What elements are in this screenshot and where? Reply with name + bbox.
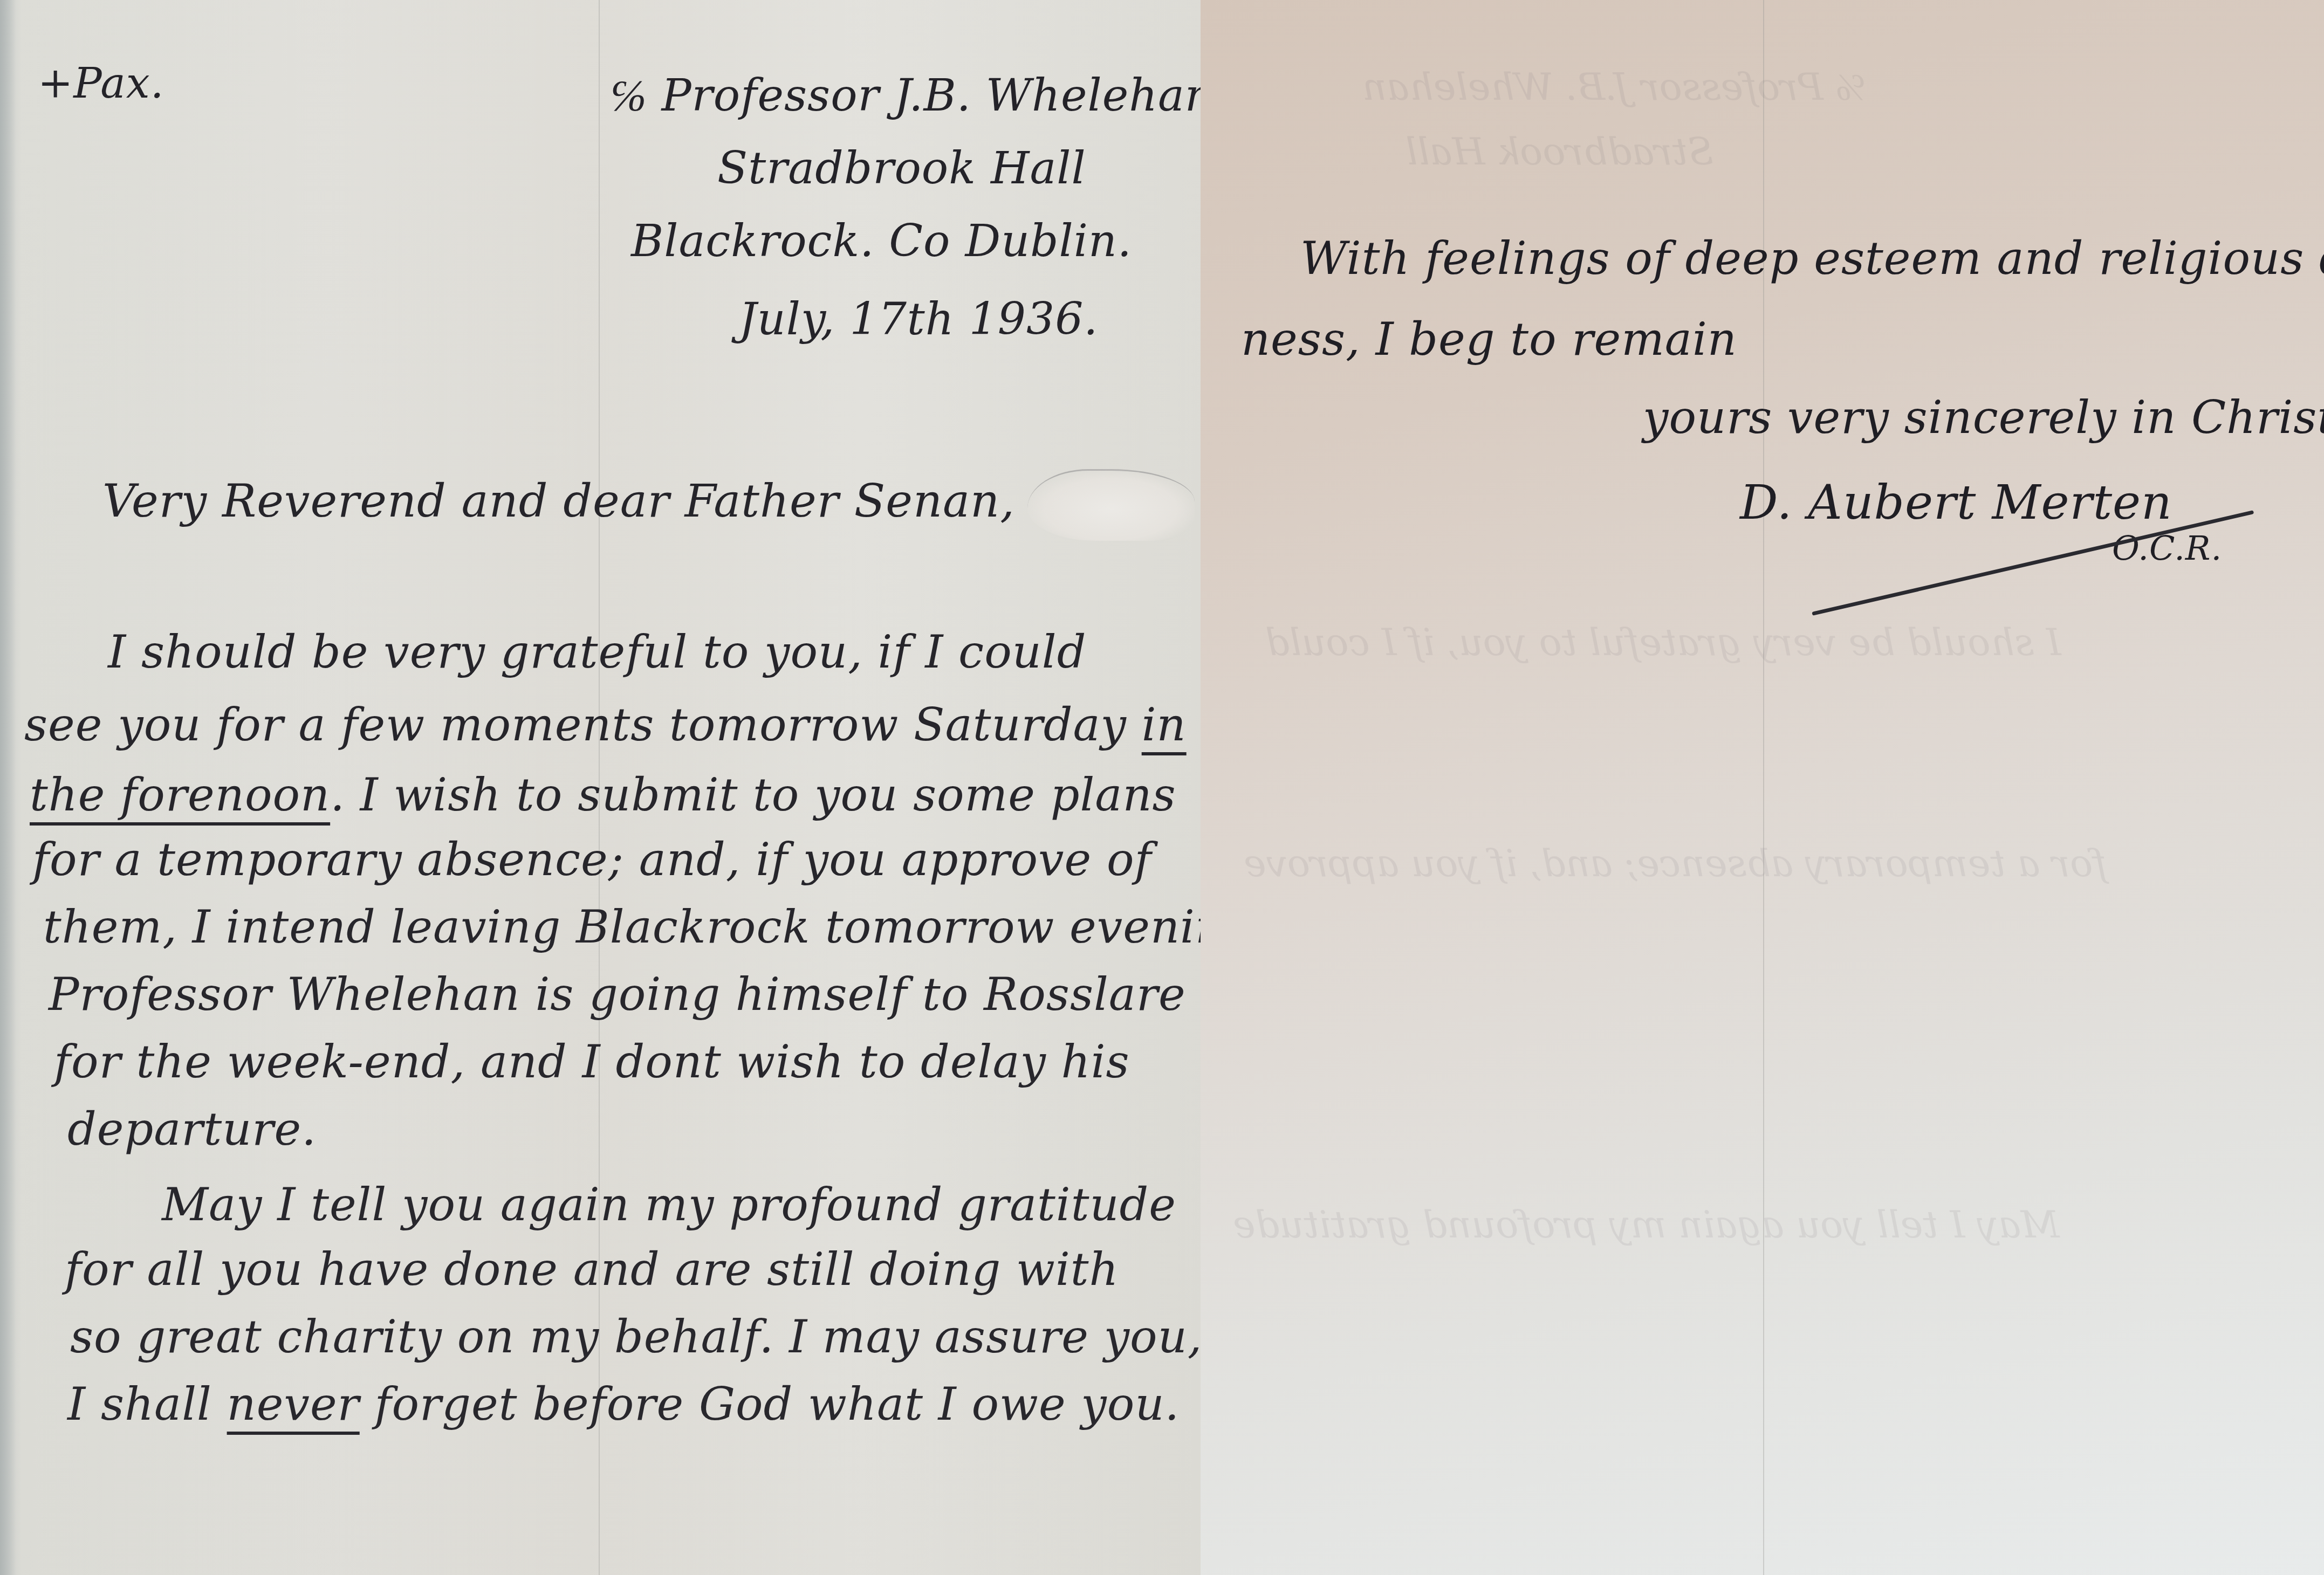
body-line-6: Professor Whelehan is going himself to R…	[49, 968, 1186, 1021]
underlined-in: in	[1142, 698, 1187, 751]
address-hall: Stradbrook Hall	[717, 143, 1086, 194]
body-line-11: so great charity on my behalf. I may ass…	[70, 1310, 1201, 1363]
bleed-through-text: I should be very grateful to you, if I c…	[1265, 620, 2061, 664]
body-line-12-text-b: forget before God what I owe you.	[360, 1378, 1180, 1430]
page-edge-shadow	[0, 0, 16, 1575]
letter-page-right: ℅ Professor J.B. Whelehan Stradbrook Hal…	[1201, 0, 2324, 1575]
signature-postnominal: O.C.R.	[2112, 528, 2222, 568]
letter-page-left: +Pax. ℅ Professor J.B. Whelehan M.A. Str…	[0, 0, 1201, 1575]
body-line-2: see you for a few moments tomorrow Satur…	[24, 698, 1187, 751]
salutation: Very Reverend and dear Father Senan,	[102, 474, 1015, 527]
underlined-forenoon: the forenoon	[30, 768, 330, 821]
body-line-1: I should be very grateful to you, if I c…	[108, 625, 1086, 678]
signature: D. Aubert Merten	[1740, 474, 2172, 530]
address-town: Blackrock. Co Dublin.	[631, 216, 1132, 267]
letter-date: July, 17th 1936.	[739, 294, 1098, 345]
body-line-4: for a temporary absence; and, if you app…	[32, 833, 1152, 886]
bleed-through-text: ℅ Professor J.B. Whelehan	[1362, 65, 1867, 109]
body-line-2-text: see you for a few moments tomorrow Satur…	[24, 698, 1127, 751]
body-line-5: them, I intend leaving Blackrock tomorro…	[43, 900, 1201, 953]
paper-tear-mark	[1027, 469, 1195, 541]
bleed-through-text: Stradbrook Hall	[1406, 129, 1713, 174]
closing-line-2: ness, I beg to remain	[1241, 313, 1737, 366]
body-line-10: for all you have done and are still doin…	[65, 1243, 1119, 1296]
underlined-never: never	[227, 1378, 360, 1430]
valediction: yours very sincerely in Christo,	[1643, 391, 2324, 444]
closing-line-1: With feelings of deep esteem and religio…	[1300, 232, 2324, 285]
bleed-through-text: May I tell you again my profound gratitu…	[1233, 1202, 2060, 1247]
body-line-7: for the week-end, and I dont wish to del…	[54, 1035, 1130, 1088]
body-line-8: departure.	[67, 1103, 317, 1156]
body-line-9: May I tell you again my profound gratitu…	[162, 1178, 1176, 1231]
body-line-12: I shall never forget before God what I o…	[67, 1378, 1180, 1430]
invocation-pax: +Pax.	[38, 59, 164, 108]
body-line-3-text: . I wish to submit to you some plans	[330, 768, 1176, 821]
body-line-3: the forenoon. I wish to submit to you so…	[30, 768, 1176, 821]
body-line-12-text-a: I shall	[67, 1378, 227, 1430]
address-care-of: ℅ Professor J.B. Whelehan M.A.	[609, 70, 1201, 121]
bleed-through-text: for a temporary absence; and, if you app…	[1244, 841, 2107, 885]
